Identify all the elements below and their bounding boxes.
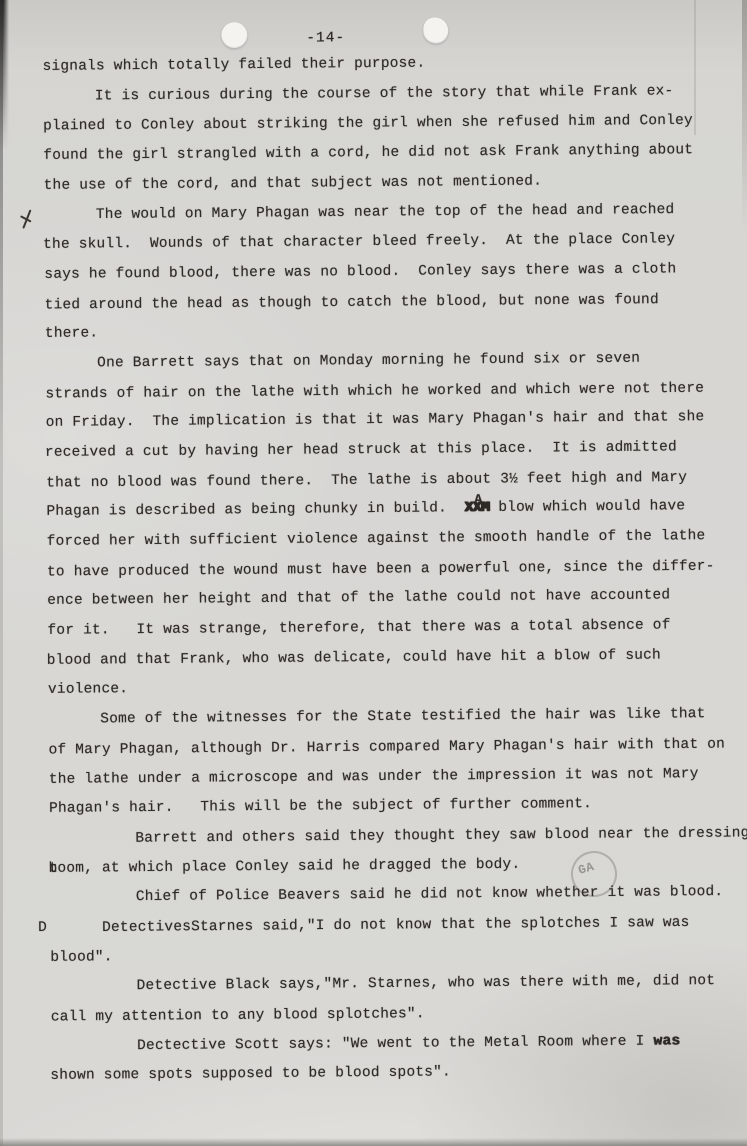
document-page: GA -14- D signals which totally failed t…	[0, 0, 747, 1146]
scan-content: -14- D signals which totally failed thei…	[0, 0, 747, 1146]
typed-correction-above: A	[474, 486, 482, 516]
text-segment: Phagan is described as being chunky in b…	[46, 501, 464, 521]
text-line: tied around the head as though to catch …	[45, 285, 723, 321]
struck-out-text: XXMA	[465, 500, 490, 516]
text-line: of Mary Phagan, although Dr. Harris comp…	[48, 730, 726, 766]
scan-edge-right	[742, 0, 747, 230]
overtyped-char-top: t	[49, 854, 58, 884]
paper-crease	[694, 0, 696, 135]
text-line: strands of hair on the lathe with which …	[45, 374, 723, 410]
text-line: to have produced the wound must have bee…	[47, 552, 725, 588]
punch-hole-icon	[221, 22, 247, 48]
text-segment: oom, at which place Conley said he dragg…	[57, 856, 520, 876]
text-segment: Dectective Scott says: "We went to the M…	[137, 1033, 653, 1054]
handwritten-x-mark-icon	[19, 209, 35, 230]
text-line: DetectivesStarnes said,"I do not know th…	[50, 908, 728, 944]
text-segment: blow which would have	[489, 499, 685, 517]
scan-edge-bottom	[0, 1138, 747, 1146]
margin-letter-d: D	[38, 914, 47, 944]
text-line: plained to Conley about striking the gir…	[43, 107, 721, 143]
text-line: the skull. Wounds of that character blee…	[43, 225, 721, 261]
scan-edge-left	[0, 0, 3, 1146]
overtyped-char: bt	[48, 854, 57, 884]
text-line: call my attention to any blood splotches…	[51, 998, 729, 1034]
text-line: shown some spots supposed to be blood sp…	[50, 1056, 728, 1092]
overstruck-word: was	[653, 1033, 680, 1049]
text-line: blood and that Frank, who was delicate, …	[47, 641, 725, 677]
text-line: that no blood was found there. The lathe…	[46, 463, 724, 499]
text-line: btoom, at which place Conley said he dra…	[48, 849, 726, 885]
page-number: -14-	[306, 30, 345, 46]
punch-hole-icon	[423, 17, 448, 43]
text-lines: signals which totally failed their purpo…	[42, 47, 729, 1092]
